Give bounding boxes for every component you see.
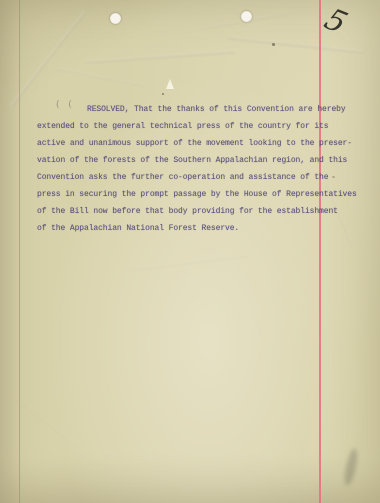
typed-line: press in securing the prompt passage by … [37,186,367,203]
typed-line: extended to the general technical press … [37,118,367,135]
typed-line: Convention asks the further co-operation… [37,169,367,186]
crease-mark [228,37,362,53]
typed-line: of the Bill now before that body providi… [37,203,367,220]
paper-sheet: 5 ( ( RESOLVED, That the thanks of this … [0,0,380,503]
punch-hole-left [110,13,121,24]
crease-mark [56,67,145,86]
ink-speck [332,176,335,178]
left-margin-line [19,0,20,503]
stain-mark [342,447,360,486]
paper-flaw [166,79,174,89]
handwritten-page-number: 5 [318,2,352,40]
typed-line: active and unanimous support of the move… [37,135,367,152]
scanned-document: 5 ( ( RESOLVED, That the thanks of this … [0,0,380,503]
typed-paragraph: RESOLVED, That the thanks of this Conven… [37,101,367,237]
crease-mark [130,255,249,272]
ink-speck [162,93,164,95]
typed-line: of the Appalachian National Forest Reser… [37,220,367,237]
crease-mark [85,51,235,63]
punch-hole-right [241,11,252,22]
ink-speck [272,43,275,46]
typed-line: vation of the forests of the Southern Ap… [37,152,367,169]
right-margin-line [319,0,321,503]
crease-mark [10,11,85,107]
typed-line: RESOLVED, That the thanks of this Conven… [37,101,367,118]
crease-mark [13,396,77,447]
